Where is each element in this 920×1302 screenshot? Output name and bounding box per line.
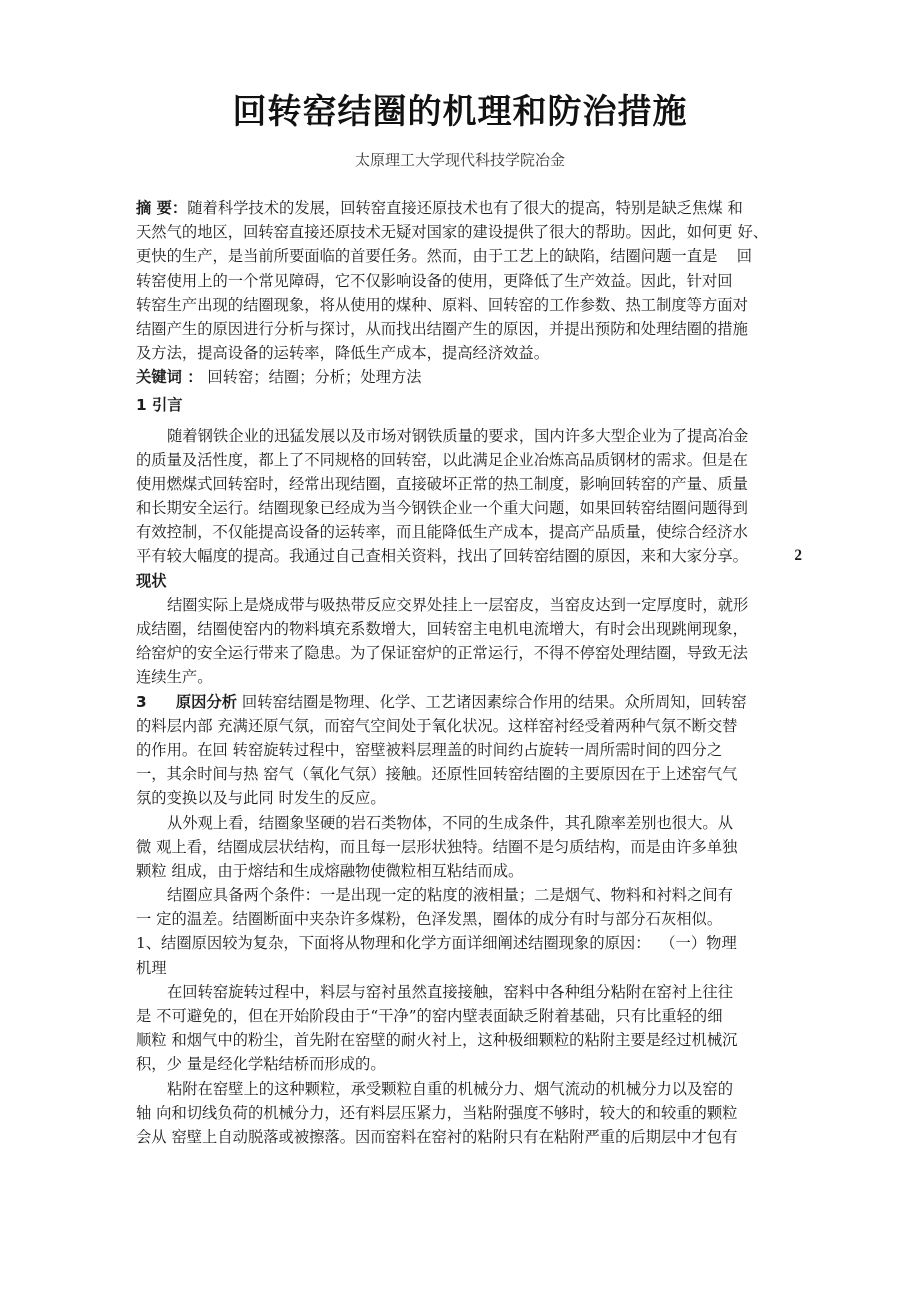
- cause-p3-line: 一 定的温差。结圈断面中夹杂许多煤粉，色泽发黑，圈体的成分有时与部分石灰相似。: [136, 907, 796, 931]
- status-line: 连续生产。: [136, 665, 796, 689]
- abstract-line: 及方法，提高设备的运转率，降低生产成本，提高经济效益。: [136, 341, 796, 365]
- author-affiliation: 太原理工大学现代科技学院冶金: [0, 149, 920, 170]
- cause-p4-line: 机理: [136, 956, 796, 980]
- cause-p2-line: 微 观上看，结圈成层状结构，而且每一层形状独特。结圈不是匀质结构，而是由许多单独: [136, 835, 796, 859]
- cause-p5-line: 是 不可避免的，但在开始阶段由于“干净”的窑内壁表面缺乏附着基础，只有比重轻的细: [136, 1004, 796, 1028]
- section-heading-status: 现状: [136, 569, 796, 593]
- cause-heading-line: 3 原因分析 回转窑结圈是物理、化学、工艺诸因素综合作用的结果。众所周知，回转窑: [136, 690, 796, 714]
- cause-line: 氛的变换以及与此同 时发生的反应。: [136, 786, 796, 810]
- abstract-line: 结圈产生的原因进行分析与探讨，从而找出结圈产生的原因，并提出预防和处理结圈的措施: [136, 317, 796, 341]
- keywords-label: 关键词: [136, 368, 182, 386]
- cause-p2-line: 颗粒 组成，由于熔结和生成熔融物使微粒相互粘结而成。: [136, 859, 796, 883]
- document-body: 摘 要：随着科学技术的发展，回转窑直接还原技术也有了很大的提高，特别是缺乏焦煤 …: [136, 196, 796, 1149]
- cause-p6-line: 会从 窑壁上自动脱落或被擦落。因而窑料在窑衬的粘附只有在粘附严重的后期层中才包有: [136, 1125, 796, 1149]
- abstract-line: 转窑生产出现的结圈现象，将从使用的煤种、原料、回转窑的工作参数、热工制度等方面对: [136, 293, 796, 317]
- cause-p5-line: 顺粒 和烟气中的粉尘，首先附在窑壁的耐火衬上，这种极细颗粒的粘附主要是经过机械沉: [136, 1028, 796, 1052]
- document-page: 回转窑结圈的机理和防治措施 太原理工大学现代科技学院冶金 摘 要：随着科学技术的…: [0, 0, 920, 1302]
- section-number-2: 2: [794, 544, 802, 568]
- cause-p3-line: 结圈应具备两个条件：一是出现一定的粘度的液相量；二是烟气、物料和衬料之间有: [136, 883, 796, 907]
- abstract-line: 天然气的地区，回转窑直接还原技术无疑对国家的建设提供了很大的帮助。因此，如何更 …: [136, 220, 796, 244]
- cause-p5-line: 积，少 量是经化学粘结桥而形成的。: [136, 1052, 796, 1076]
- keywords-line: 关键词 ： 回转窑；结圈；分析；处理方法: [136, 365, 796, 389]
- cause-p4-line: 1、结圈原因较为复杂，下面将从物理和化学方面详细阐述结圈现象的原因： （一）物理: [136, 931, 796, 955]
- cause-p6-line: 粘附在窑壁上的这种颗粒，承受颗粒自重的机械分力、烟气流动的机械分力以及窑的: [136, 1077, 796, 1101]
- cause-line: 的料层内部 充满还原气氛，而窑气空间处于氧化状况。这样窑衬经受着两种气氛不断交替: [136, 714, 796, 738]
- section-number-3: 3: [136, 693, 147, 711]
- intro-line: 平有较大幅度的提高。我通过自己查相关资料，找出了回转窑结圈的原因，来和大家分享。…: [136, 544, 796, 568]
- cause-line: 一，其余时间与热 窑气（氧化气氛）接触。还原性回转窑结圈的主要原因在于上述窑气气: [136, 762, 796, 786]
- status-line: 给窑炉的安全运行带来了隐患。为了保证窑炉的正常运行，不得不停窑处理结圈，导致无法: [136, 641, 796, 665]
- intro-line: 使用燃煤式回转窑时，经常出现结圈，直接破坏正常的热工制度，影响回转窑的产量、质量: [136, 472, 796, 496]
- section-heading-cause: 原因分析: [176, 693, 237, 711]
- status-line: 结圈实际上是烧成带与吸热带反应交界处挂上一层窑皮，当窑皮达到一定厚度时，就形: [136, 593, 796, 617]
- abstract-label: 摘 要: [136, 199, 172, 217]
- intro-line: 和长期安全运行。结圈现象已经成为当今钢铁企业一个重大问题，如果回转窑结圈问题得到: [136, 496, 796, 520]
- status-line: 成结圈，结圈使窑内的物料填充系数增大，回转窑主电机电流增大，有时会出现跳闸现象，: [136, 617, 796, 641]
- section-heading-intro: 1 引言: [136, 390, 796, 420]
- intro-line: 的质量及活性度，都上了不同规格的回转窑，以此满足企业冶炼高品质钢材的需求。但是在: [136, 448, 796, 472]
- cause-p5-line: 在回转窑旋转过程中，料层与窑衬虽然直接接触，窑料中各种组分粘附在窑衬上往往: [136, 980, 796, 1004]
- cause-p6-line: 轴 向和切线负荷的机械分力，还有料层压紧力，当粘附强度不够时，较大的和较重的颗粒: [136, 1101, 796, 1125]
- cause-line: 的作用。在回 转窑旋转过程中，窑壁被料层理盖的时间约占旋转一周所需时间的四分之: [136, 738, 796, 762]
- document-title: 回转窑结圈的机理和防治措施: [0, 84, 920, 133]
- keywords-text: 回转窑；结圈；分析；处理方法: [207, 368, 421, 386]
- abstract-line: 摘 要：随着科学技术的发展，回转窑直接还原技术也有了很大的提高，特别是缺乏焦煤 …: [136, 196, 796, 220]
- cause-p2-line: 从外观上看，结圈象坚硬的岩石类物体，不同的生成条件，其孔隙率差别也很大。从: [136, 811, 796, 835]
- intro-line: 随着钢铁企业的迅猛发展以及市场对钢铁质量的要求，国内许多大型企业为了提高冶金: [136, 424, 796, 448]
- intro-line: 有效控制，不仅能提高设备的运转率，而且能降低生产成本，提高产品质量，使综合经济水: [136, 520, 796, 544]
- abstract-line: 转窑使用上的一个常见障碍，它不仅影响设备的使用，更降低了生产效益。因此，针对回: [136, 269, 796, 293]
- abstract-line: 更快的生产，是当前所要面临的首要任务。然而，由于工艺上的缺陷，结圈问题一直是 回: [136, 244, 796, 268]
